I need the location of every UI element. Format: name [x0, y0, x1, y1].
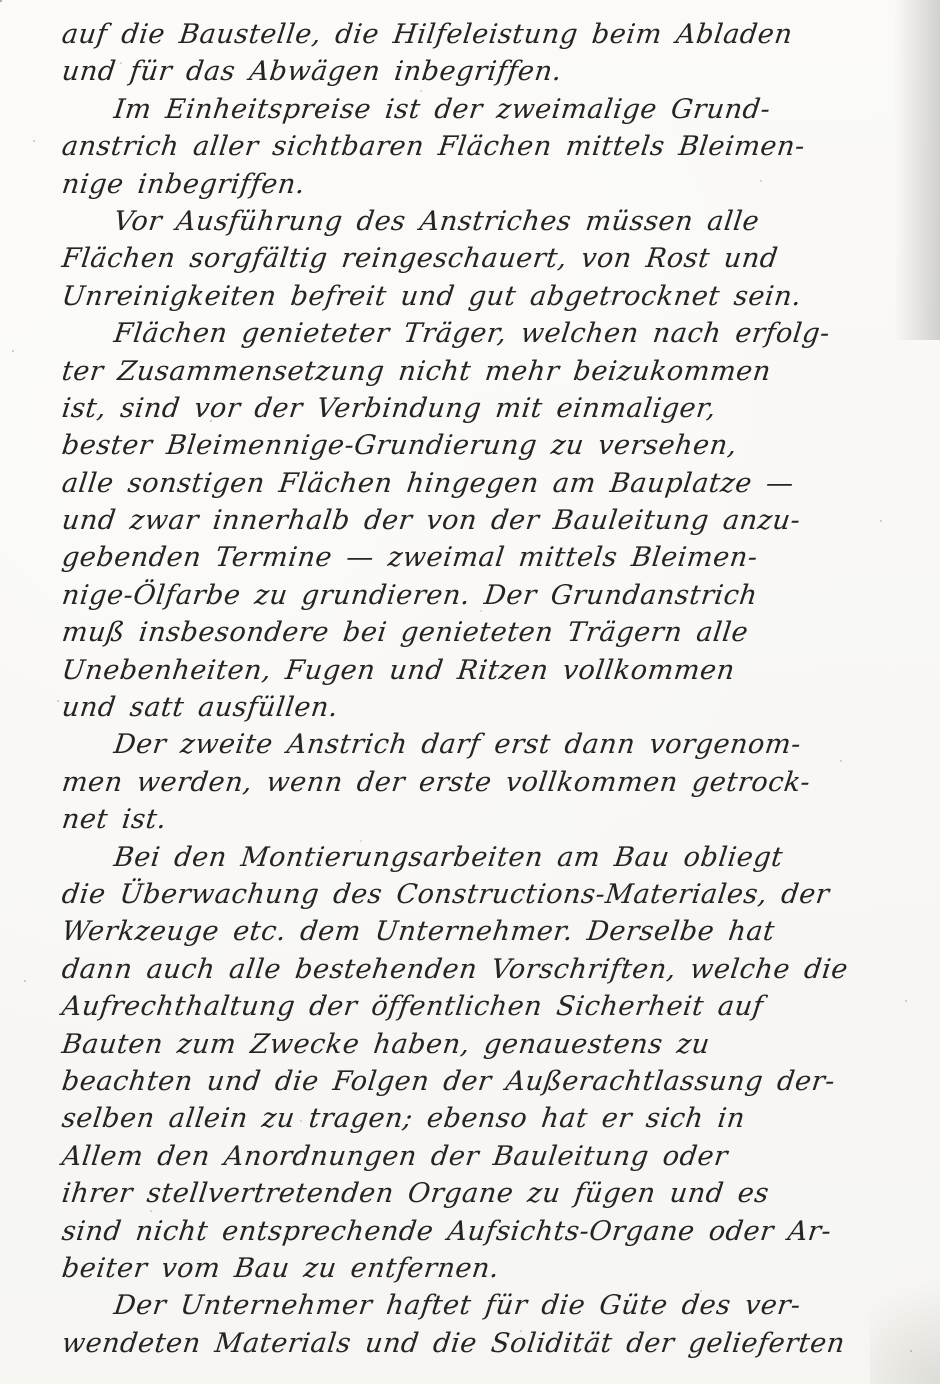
handwritten-line: nige inbegriffen. [60, 166, 927, 203]
handwritten-line: beachten und die Folgen der Außerachtlas… [60, 1063, 927, 1100]
handwritten-line: Bei den Montierungsarbeiten am Bau oblie… [60, 839, 927, 876]
handwritten-line: alle sonstigen Flächen hingegen am Baupl… [60, 465, 927, 502]
handwritten-line: Bauten zum Zwecke haben, genauestens zu [60, 1026, 927, 1063]
handwritten-line: Flächen genieteter Träger, welchen nach … [60, 315, 927, 352]
handwritten-line: men werden, wenn der erste vollkommen ge… [60, 764, 927, 801]
scanned-manuscript-page: auf die Baustelle, die Hilfeleistung bei… [0, 0, 940, 1384]
handwritten-line: und zwar innerhalb der von der Bauleitun… [60, 502, 927, 539]
handwritten-line: und satt ausfüllen. [60, 689, 927, 726]
handwritten-line: Unebenheiten, Fugen und Ritzen vollkomme… [60, 652, 927, 689]
handwritten-line: bester Bleimennige-Grundierung zu verseh… [60, 427, 927, 464]
handwritten-line: Vor Ausführung des Anstriches müssen all… [60, 203, 927, 240]
handwritten-line: Der Unternehmer haftet für die Güte des … [60, 1287, 927, 1324]
handwritten-line: muß insbesondere bei genieteten Trägern … [60, 614, 927, 651]
handwritten-line: wendeten Materials und die Solidität der… [60, 1325, 927, 1362]
handwritten-line: selben allein zu tragen; ebenso hat er s… [60, 1100, 927, 1137]
handwritten-line: ter Zusammensetzung nicht mehr beizukomm… [60, 353, 927, 390]
handwritten-line: Der zweite Anstrich darf erst dann vorge… [60, 726, 927, 763]
manuscript-text: auf die Baustelle, die Hilfeleistung bei… [62, 16, 924, 1362]
handwritten-line: net ist. [60, 801, 927, 838]
handwritten-line: anstrich aller sichtbaren Flächen mittel… [60, 128, 927, 165]
handwritten-line: nige-Ölfarbe zu grundieren. Der Grundans… [60, 577, 927, 614]
handwritten-line: auf die Baustelle, die Hilfeleistung bei… [60, 16, 927, 53]
handwritten-line: Flächen sorgfältig reingeschauert, von R… [60, 240, 927, 277]
handwritten-line: Im Einheitspreise ist der zweimalige Gru… [60, 91, 927, 128]
paper-speckles [0, 0, 2, 2]
handwritten-line: beiter vom Bau zu entfernen. [60, 1250, 927, 1287]
handwritten-line: Allem den Anordnungen der Bauleitung ode… [60, 1138, 927, 1175]
handwritten-line: ist, sind vor der Verbindung mit einmali… [60, 390, 927, 427]
handwritten-line: die Überwachung des Constructions-Materi… [60, 876, 927, 913]
handwritten-line: Aufrechthaltung der öffentlichen Sicherh… [60, 988, 927, 1025]
handwritten-line: Werkzeuge etc. dem Unternehmer. Derselbe… [60, 913, 927, 950]
handwritten-line: Unreinigkeiten befreit und gut abgetrock… [60, 278, 927, 315]
handwritten-line: sind nicht entsprechende Aufsichts-Organ… [60, 1213, 927, 1250]
handwritten-line: gebenden Termine — zweimal mittels Bleim… [60, 539, 927, 576]
handwritten-line: und für das Abwägen inbegriffen. [60, 53, 927, 90]
handwritten-line: dann auch alle bestehenden Vorschriften,… [60, 951, 927, 988]
handwritten-line: ihrer stellvertretenden Organe zu fügen … [60, 1175, 927, 1212]
